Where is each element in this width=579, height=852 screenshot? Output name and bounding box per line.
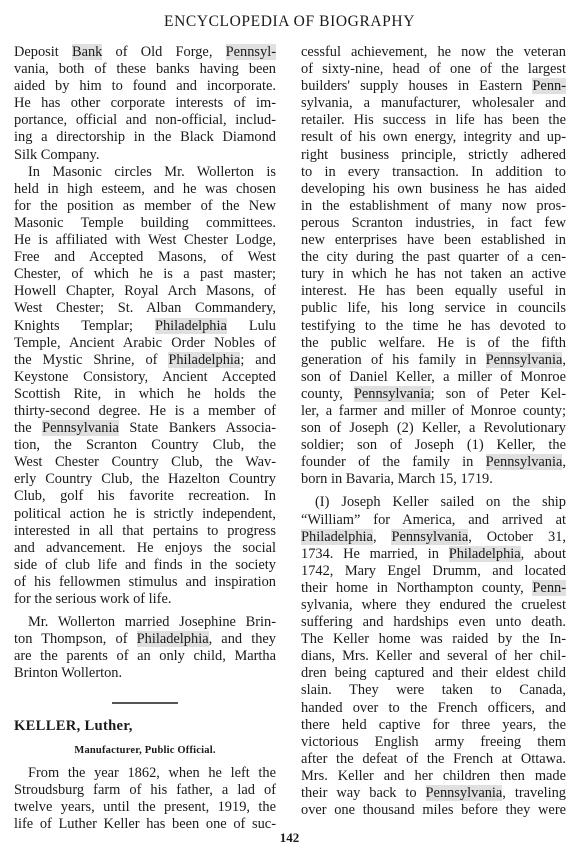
highlighted-term: Penn- — [532, 78, 566, 94]
highlighted-term: Pennsylvania — [426, 785, 503, 801]
text-span: “William” for America, and arrived at — [301, 512, 566, 528]
text-line: 1742, Mary Engel Drumm, and located — [301, 563, 566, 580]
text-span: Mrs. Keller and her children then made — [301, 768, 566, 784]
text-line: ing a directorship in the Black Diamond — [14, 129, 276, 146]
text-line: Temple, Ancient Arabic Order Nobles of — [14, 335, 276, 352]
text-line: Brinton Wollerton. — [14, 665, 276, 682]
highlighted-term: Philadelphia — [168, 352, 240, 368]
text-line: Stroudsburg farm of his father, a lad of — [14, 782, 276, 799]
highlighted-term: Pennsylvania — [42, 420, 119, 436]
text-span: vania, both of these banks having been — [14, 61, 276, 77]
text-span: in the establishment of many now pros- — [301, 198, 566, 214]
text-line: Keystone Consistory, Ancient Accepted — [14, 369, 276, 386]
text-span: interested in all that pertains to progr… — [14, 523, 276, 539]
text-line: their home in Northampton county, Penn- — [301, 580, 566, 597]
text-line: for the serious work of life. — [14, 591, 276, 608]
text-span: The Keller home was raided by the In- — [301, 631, 566, 647]
highlighted-term: Philadelphia — [449, 546, 521, 562]
text-span: aided by him to found and incorporate. — [14, 78, 276, 94]
text-span: Stroudsburg farm of his father, a lad of — [14, 782, 276, 798]
text-line: Knights Templar; Philadelphia Lulu — [14, 318, 276, 335]
text-line: twelve years, until the present, 1919, t… — [14, 799, 276, 816]
text-span: West Chester Country Club, the Wav- — [14, 454, 276, 470]
text-line: 1734. He married, in Philadelphia, about — [301, 546, 566, 563]
text-line: of sixty-nine, head of one of the larges… — [301, 61, 566, 78]
highlighted-term: Pennsylvania — [391, 529, 468, 545]
text-line: son of Joseph (2) Keller, a Revolutionar… — [301, 420, 566, 437]
text-span: generation of his family in — [301, 352, 486, 368]
text-line: are the parents of an only child, Martha — [14, 648, 276, 665]
text-span: to in every transaction. In addition to — [301, 164, 566, 180]
text-span: county, — [301, 386, 354, 402]
text-line: cessful achievement, he now the veteran — [301, 44, 566, 61]
text-span: public life, his long service in council… — [301, 300, 566, 316]
text-span: the public welfare. He is of the fifth — [301, 335, 566, 351]
page-number: 142 — [0, 830, 579, 846]
text-line: the Mystic Shrine, of Philadelphia; and — [14, 352, 276, 369]
right-column: cessful achievement, he now the veterano… — [301, 44, 566, 819]
text-line: (I) Joseph Keller sailed on the ship — [301, 494, 566, 511]
text-span: of sixty-nine, head of one of the larges… — [301, 61, 566, 77]
text-line: retailer. His success in life has been t… — [301, 112, 566, 129]
text-line: born in Bavaria, March 15, 1719. — [301, 471, 566, 488]
text-span: retailer. His success in life has been t… — [301, 112, 566, 128]
text-line: founder of the family in Pennsylvania, — [301, 454, 566, 471]
text-span: held in high esteem, and he was chosen — [14, 181, 276, 197]
text-line: West Chester; St. Alban Commandery, — [14, 300, 276, 317]
text-span: interest. He has been equally useful in — [301, 283, 566, 299]
text-span: testifying to the time he has devoted to — [301, 318, 566, 334]
text-line: thirty-second degree. He is a member of — [14, 403, 276, 420]
text-span: their way back to — [301, 785, 426, 801]
text-span: Knights Templar; — [14, 318, 155, 334]
text-span: Masonic Temple building committees. — [14, 215, 276, 231]
text-span: right business principle, strictly adher… — [301, 147, 566, 163]
text-span: , and they — [209, 631, 276, 647]
text-line: In Masonic circles Mr. Wollerton is — [14, 164, 276, 181]
entry-heading: KELLER, Luther, — [14, 718, 276, 736]
text-span: developing his own business he has aided — [301, 181, 566, 197]
text-span: handed over to the French officers, and — [301, 700, 566, 716]
text-line: Scottish Rite, in which he holds the — [14, 386, 276, 403]
highlighted-term: Philadelphia — [137, 631, 209, 647]
text-span: Free and Accepted Masons, of West — [14, 249, 276, 265]
text-span: for the serious work of life. — [14, 591, 171, 607]
text-line: portance, official and non-official, inc… — [14, 112, 276, 129]
text-span: He has other corporate interests of im- — [14, 95, 276, 111]
text-span: son of Joseph (2) Keller, a Revolutionar… — [301, 420, 566, 436]
paragraph: From the year 1862, when he left theStro… — [14, 765, 276, 833]
text-line: Club, golf his favorite recreation. In — [14, 488, 276, 505]
text-span: Brinton Wollerton. — [14, 665, 122, 681]
text-line: vania, both of these banks having been — [14, 61, 276, 78]
text-span: side of club life and finds in the socie… — [14, 557, 276, 573]
text-span: Howell Chapter, Royal Arch Masons, of — [14, 283, 276, 299]
highlighted-term: Penn- — [532, 580, 566, 596]
text-span: ; son of Peter Kel- — [431, 386, 566, 402]
text-line: soldier; son of Joseph (1) Keller, the — [301, 437, 566, 454]
text-line: right business principle, strictly adher… — [301, 147, 566, 164]
text-line: handed over to the French officers, and — [301, 700, 566, 717]
text-span: 1734. He married, in — [301, 546, 449, 562]
left-column: Deposit Bank of Old Forge, Pennsyl-vania… — [14, 44, 276, 833]
text-line: tion, the Scranton Country Club, the — [14, 437, 276, 454]
text-line: Chester, of which he is a past master; — [14, 266, 276, 283]
text-span: perous Scranton industries, in fact few — [301, 215, 566, 231]
text-span: over one thousand miles before they were — [301, 802, 566, 818]
text-span: political action he is strictly independ… — [14, 506, 276, 522]
text-line: Mrs. Keller and her children then made — [301, 768, 566, 785]
text-span: Scottish Rite, in which he holds the — [14, 386, 276, 402]
section-divider — [112, 702, 178, 703]
text-span: soldier; son of Joseph (1) Keller, the — [301, 437, 566, 453]
text-line: for the position as member of the New — [14, 198, 276, 215]
text-line: ler, a farmer and miller of Monroe count… — [301, 403, 566, 420]
text-line: erly Country Club, the Hazelton Country — [14, 471, 276, 488]
text-line: in the establishment of many now pros- — [301, 198, 566, 215]
text-span: and advancement. He enjoys the social — [14, 540, 276, 556]
text-line: He has other corporate interests of im- — [14, 95, 276, 112]
text-span: ton Thompson, of — [14, 631, 137, 647]
text-span: West Chester; St. Alban Commandery, — [14, 300, 276, 316]
text-span: there held captive for three years, the — [301, 717, 566, 733]
text-span: after the defeat of the French at Ottawa… — [301, 751, 566, 767]
text-span: He is affiliated with West Chester Lodge… — [14, 232, 276, 248]
text-line: dians, Mrs. Keller and several of her ch… — [301, 648, 566, 665]
paragraph: Deposit Bank of Old Forge, Pennsyl-vania… — [14, 44, 276, 164]
text-line: to in every transaction. In addition to — [301, 164, 566, 181]
text-span: their home in Northampton county, — [301, 580, 532, 596]
text-span: for the position as member of the New — [14, 198, 276, 214]
entry-subtitle: Manufacturer, Public Official. — [14, 742, 276, 759]
text-span: In Masonic circles Mr. Wollerton is — [28, 164, 276, 180]
text-line: new enterprises have been established in — [301, 232, 566, 249]
text-line: slain. They were taken to Canada, — [301, 682, 566, 699]
text-span: dren being captured and their eldest chi… — [301, 665, 566, 681]
text-span: portance, official and non-official, inc… — [14, 112, 276, 128]
text-line: developing his own business he has aided — [301, 181, 566, 198]
text-span: State Bankers Associa- — [119, 420, 276, 436]
text-span: victorious English army freeing them — [301, 734, 566, 750]
text-span: of his fellowmen stimulus and inspiratio… — [14, 574, 276, 590]
text-line: interest. He has been equally useful in — [301, 283, 566, 300]
text-span: are the parents of an only child, Martha — [14, 648, 276, 664]
text-line: aided by him to found and incorporate. — [14, 78, 276, 95]
paragraph: Mr. Wollerton married Josephine Brin-ton… — [14, 614, 276, 682]
text-line: builders' supply houses in Eastern Penn- — [301, 78, 566, 95]
text-line: The Keller home was raided by the In- — [301, 631, 566, 648]
text-span: Club, golf his favorite recreation. In — [14, 488, 276, 504]
text-line: dren being captured and their eldest chi… — [301, 665, 566, 682]
text-line: the public welfare. He is of the fifth — [301, 335, 566, 352]
text-span: of Old Forge, — [102, 44, 225, 60]
text-line: Philadelphia, Pennsylvania, October 31, — [301, 529, 566, 546]
text-line: He is affiliated with West Chester Lodge… — [14, 232, 276, 249]
highlighted-term: Pennsylvania — [354, 386, 431, 402]
text-line: West Chester Country Club, the Wav- — [14, 454, 276, 471]
text-span: new enterprises have been established in — [301, 232, 566, 248]
text-line: sylvania, a manufacturer, wholesaler and — [301, 95, 566, 112]
text-span: Lulu — [227, 318, 276, 334]
text-span: slain. They were taken to Canada, — [301, 682, 566, 698]
text-line: over one thousand miles before they were — [301, 802, 566, 819]
text-span: 1742, Mary Engel Drumm, and located — [301, 563, 566, 579]
text-span: suffering and hardships even unto death. — [301, 614, 566, 630]
text-span: cessful achievement, he now the veteran — [301, 44, 566, 60]
highlighted-term: Pennsylvania — [486, 352, 563, 368]
text-span: , — [562, 352, 566, 368]
text-span: erly Country Club, the Hazelton Country — [14, 471, 276, 487]
text-line: county, Pennsylvania; son of Peter Kel- — [301, 386, 566, 403]
text-line: perous Scranton industries, in fact few — [301, 215, 566, 232]
text-span: ing a directorship in the Black Diamond — [14, 129, 276, 145]
text-line: testifying to the time he has devoted to — [301, 318, 566, 335]
text-span: (I) Joseph Keller sailed on the ship — [315, 494, 566, 510]
text-span: sylvania, where they endured the crueles… — [301, 597, 566, 613]
text-line: interested in all that pertains to progr… — [14, 523, 276, 540]
text-span: sylvania, a manufacturer, wholesaler and — [301, 95, 566, 111]
text-line: From the year 1862, when he left the — [14, 765, 276, 782]
text-span: ; and — [240, 352, 276, 368]
highlighted-term: Pennsylvania — [486, 454, 563, 470]
highlighted-term: Bank — [72, 44, 102, 60]
text-line: tury in which he has not taken an active — [301, 266, 566, 283]
text-span: son of Daniel Keller, a miller of Monroe — [301, 369, 566, 385]
text-line: side of club life and finds in the socie… — [14, 557, 276, 574]
text-span: tury in which he has not taken an active — [301, 266, 566, 282]
text-span: tion, the Scranton Country Club, the — [14, 437, 276, 453]
text-line: Silk Company. — [14, 147, 276, 164]
text-line: victorious English army freeing them — [301, 734, 566, 751]
text-span: thirty-second degree. He is a member of — [14, 403, 276, 419]
text-line: son of Daniel Keller, a miller of Monroe — [301, 369, 566, 386]
text-line: the Pennsylvania State Bankers Associa- — [14, 420, 276, 437]
text-span: the Mystic Shrine, of — [14, 352, 168, 368]
text-span: dians, Mrs. Keller and several of her ch… — [301, 648, 566, 664]
text-span: Temple, Ancient Arabic Order Nobles of — [14, 335, 276, 351]
text-span: builders' supply houses in Eastern — [301, 78, 532, 94]
text-span: ler, a farmer and miller of Monroe count… — [301, 403, 566, 419]
text-span: result of his own energy, integrity and … — [301, 129, 566, 145]
text-span: , about — [521, 546, 566, 562]
text-line: political action he is strictly independ… — [14, 506, 276, 523]
text-span: founder of the family in — [301, 454, 486, 470]
text-line: suffering and hardships even unto death. — [301, 614, 566, 631]
text-line: Masonic Temple building committees. — [14, 215, 276, 232]
text-line: “William” for America, and arrived at — [301, 512, 566, 529]
text-line: after the defeat of the French at Ottawa… — [301, 751, 566, 768]
text-line: Howell Chapter, Royal Arch Masons, of — [14, 283, 276, 300]
text-span: twelve years, until the present, 1919, t… — [14, 799, 276, 815]
text-span: , — [562, 454, 566, 470]
text-line: the city during the past quarter of a ce… — [301, 249, 566, 266]
text-line: their way back to Pennsylvania, travelin… — [301, 785, 566, 802]
text-span: Mr. Wollerton married Josephine Brin- — [28, 614, 276, 630]
text-span: From the year 1862, when he left the — [28, 765, 276, 781]
text-span: Silk Company. — [14, 147, 99, 163]
text-span: the city during the past quarter of a ce… — [301, 249, 566, 265]
text-line: and advancement. He enjoys the social — [14, 540, 276, 557]
text-line: held in high esteem, and he was chosen — [14, 181, 276, 198]
paragraph: (I) Joseph Keller sailed on the ship“Wil… — [301, 494, 566, 819]
text-span: , traveling — [502, 785, 566, 801]
text-line: sylvania, where they endured the crueles… — [301, 597, 566, 614]
text-line: public life, his long service in council… — [301, 300, 566, 317]
text-line: Deposit Bank of Old Forge, Pennsyl- — [14, 44, 276, 61]
text-line: ton Thompson, of Philadelphia, and they — [14, 631, 276, 648]
highlighted-term: Pennsyl- — [226, 44, 276, 60]
text-line: Mr. Wollerton married Josephine Brin- — [14, 614, 276, 631]
paragraph: cessful achievement, he now the veterano… — [301, 44, 566, 488]
running-head: ENCYCLOPEDIA OF BIOGRAPHY — [0, 13, 579, 31]
text-line: generation of his family in Pennsylvania… — [301, 352, 566, 369]
text-span: Chester, of which he is a past master; — [14, 266, 276, 282]
text-line: of his fellowmen stimulus and inspiratio… — [14, 574, 276, 591]
text-span: Keystone Consistory, Ancient Accepted — [14, 369, 276, 385]
text-line: Free and Accepted Masons, of West — [14, 249, 276, 266]
text-span: Deposit — [14, 44, 72, 60]
text-span: born in Bavaria, March 15, 1719. — [301, 471, 493, 487]
text-span: , — [373, 529, 392, 545]
highlighted-term: Philadelphia — [155, 318, 227, 334]
text-span: , October 31, — [468, 529, 566, 545]
paragraph: In Masonic circles Mr. Wollerton isheld … — [14, 164, 276, 608]
highlighted-term: Philadelphia — [301, 529, 373, 545]
text-span: the — [14, 420, 42, 436]
text-line: there held captive for three years, the — [301, 717, 566, 734]
text-line: result of his own energy, integrity and … — [301, 129, 566, 146]
